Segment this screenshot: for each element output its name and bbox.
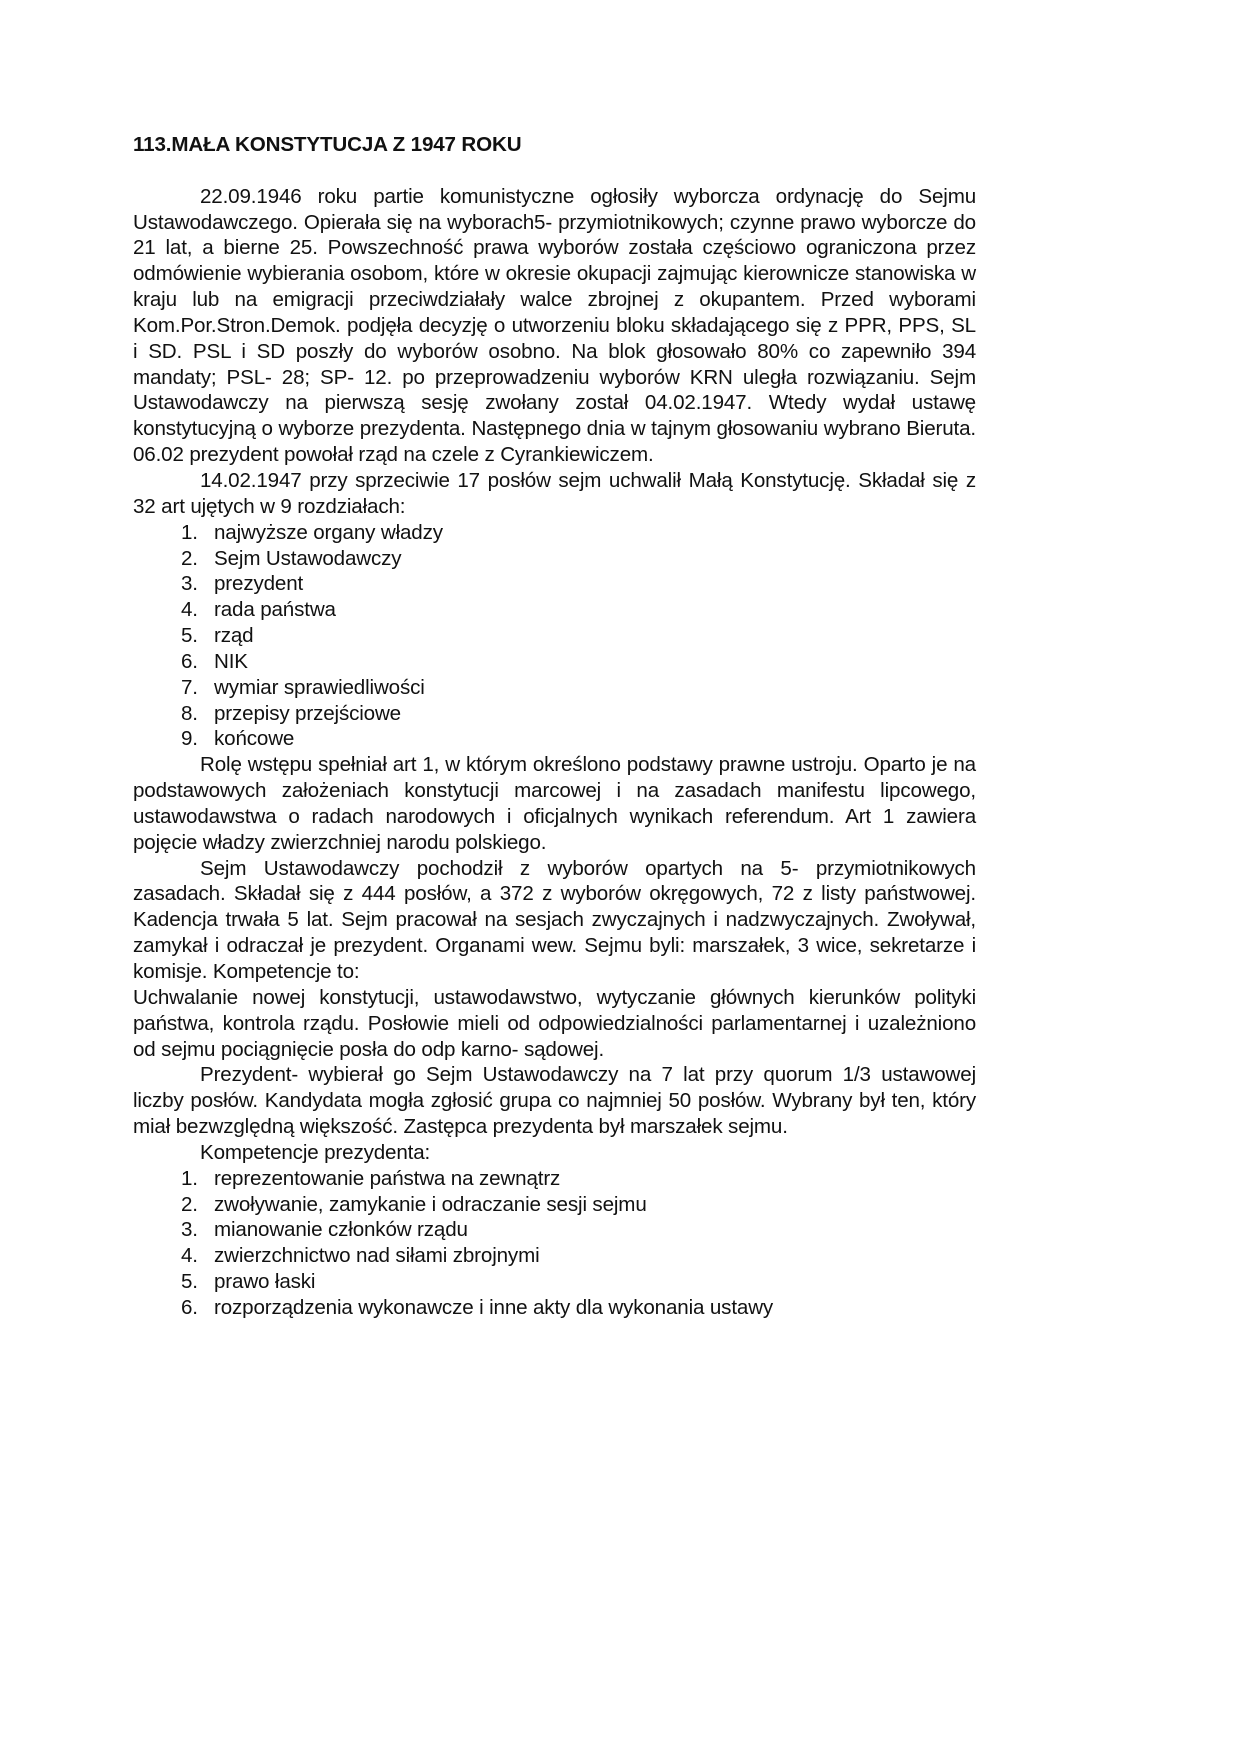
list-item: 4.rada państwa	[133, 597, 976, 623]
list-text: Sejm Ustawodawczy	[214, 547, 401, 570]
list-text: prezydent	[214, 572, 303, 595]
list-item: 1.reprezentowanie państwa na zewnątrz	[133, 1166, 976, 1192]
list-number: 1.	[181, 1166, 205, 1192]
list-number: 2.	[181, 546, 205, 572]
list-item: 5.rząd	[133, 623, 976, 649]
list-number: 4.	[181, 597, 205, 623]
list-item: 9.końcowe	[133, 726, 976, 752]
list-item: 8.przepisy przejściowe	[133, 701, 976, 727]
paragraph-president-competences-heading: Kompetencje prezydenta:	[133, 1140, 976, 1166]
list-text: zwierzchnictwo nad siłami zbrojnymi	[214, 1244, 540, 1267]
paragraph-legislative-sejm: Sejm Ustawodawczy pochodził z wyborów op…	[133, 856, 976, 985]
paragraph-article-1: Rolę wstępu spełniał art 1, w którym okr…	[133, 752, 976, 855]
list-text: prawo łaski	[214, 1270, 315, 1293]
list-item: 2.zwoływanie, zamykanie i odraczanie ses…	[133, 1192, 976, 1218]
list-item: 7.wymiar sprawiedliwości	[133, 675, 976, 701]
list-text: zwoływanie, zamykanie i odraczanie sesji…	[214, 1193, 647, 1216]
list-item: 2.Sejm Ustawodawczy	[133, 546, 976, 572]
list-item: 1.najwyższe organy władzy	[133, 520, 976, 546]
list-number: 2.	[181, 1192, 205, 1218]
list-number: 8.	[181, 701, 205, 727]
list-text: wymiar sprawiedliwości	[214, 676, 425, 699]
list-text: NIK	[214, 650, 248, 673]
paragraph-elections-1946: 22.09.1946 roku partie komunistyczne ogł…	[133, 184, 976, 468]
paragraph-sejm-competences: Uchwalanie nowej konstytucji, ustawodaws…	[133, 985, 976, 1063]
list-item: 3.mianowanie członków rządu	[133, 1217, 976, 1243]
paragraph-small-constitution-adoption: 14.02.1947 przy sprzeciwie 17 posłów sej…	[133, 468, 976, 520]
chapters-list: 1.najwyższe organy władzy 2.Sejm Ustawod…	[133, 520, 976, 753]
list-number: 6.	[181, 1295, 205, 1321]
list-number: 4.	[181, 1243, 205, 1269]
list-text: reprezentowanie państwa na zewnątrz	[214, 1167, 560, 1190]
list-text: przepisy przejściowe	[214, 702, 401, 725]
list-number: 3.	[181, 1217, 205, 1243]
list-number: 5.	[181, 623, 205, 649]
list-number: 7.	[181, 675, 205, 701]
list-text: rada państwa	[214, 598, 336, 621]
list-item: 4.zwierzchnictwo nad siłami zbrojnymi	[133, 1243, 976, 1269]
list-text: rozporządzenia wykonawcze i inne akty dl…	[214, 1296, 773, 1319]
list-item: 3.prezydent	[133, 571, 976, 597]
list-item: 6.NIK	[133, 649, 976, 675]
list-item: 6.rozporządzenia wykonawcze i inne akty …	[133, 1295, 976, 1321]
list-number: 3.	[181, 571, 205, 597]
document-page: 113.MAŁA KONSTYTUCJA Z 1947 ROKU 22.09.1…	[133, 132, 976, 1321]
list-text: mianowanie członków rządu	[214, 1218, 468, 1241]
paragraph-president-election: Prezydent- wybierał go Sejm Ustawodawczy…	[133, 1062, 976, 1140]
list-number: 5.	[181, 1269, 205, 1295]
list-text: końcowe	[214, 727, 294, 750]
list-text: rząd	[214, 624, 253, 647]
list-number: 6.	[181, 649, 205, 675]
list-number: 9.	[181, 726, 205, 752]
list-item: 5.prawo łaski	[133, 1269, 976, 1295]
list-number: 1.	[181, 520, 205, 546]
list-text: najwyższe organy władzy	[214, 521, 443, 544]
president-powers-list: 1.reprezentowanie państwa na zewnątrz 2.…	[133, 1166, 976, 1321]
document-title: 113.MAŁA KONSTYTUCJA Z 1947 ROKU	[133, 132, 976, 158]
